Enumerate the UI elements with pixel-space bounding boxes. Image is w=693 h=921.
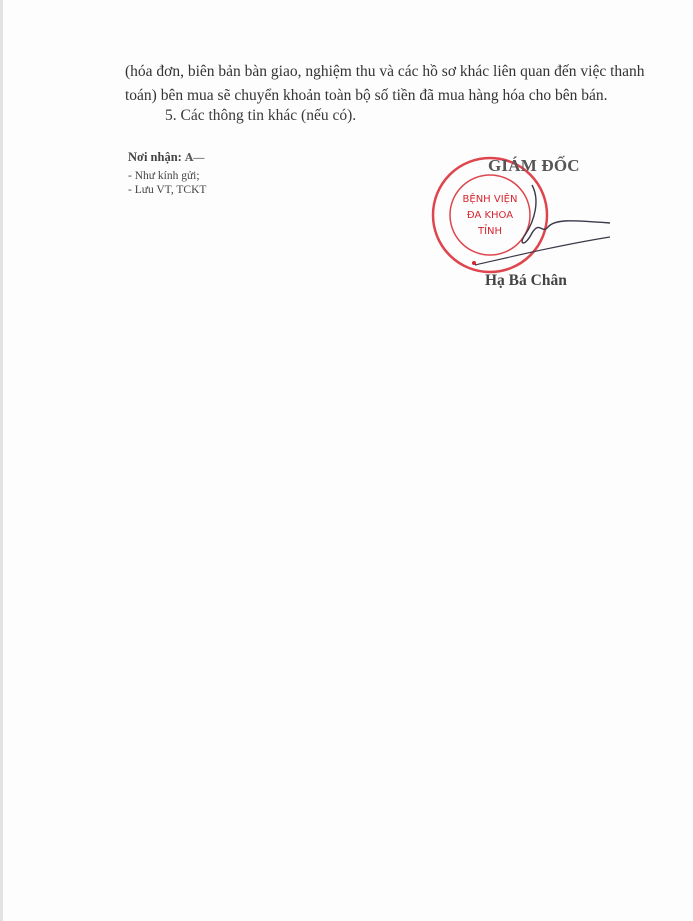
- position-title: GIÁM ĐỐC: [488, 156, 580, 176]
- page-edge: [0, 0, 3, 921]
- recipient-item: - Lưu VT, TCKT: [128, 183, 206, 197]
- signer-name: Hạ Bá Chân: [485, 272, 567, 290]
- recipients-title: Nơi nhận:𝐀―: [128, 150, 206, 165]
- section-5-heading: 5. Các thông tin khác (nếu có).: [165, 104, 356, 128]
- recipients-title-text: Nơi nhận:: [128, 150, 182, 164]
- recipient-item: - Như kính gửi;: [128, 169, 206, 183]
- initial-mark-icon: 𝐀―: [185, 151, 205, 164]
- recipients-block: Nơi nhận:𝐀― - Như kính gửi; - Lưu VT, TC…: [128, 150, 206, 197]
- handwritten-signature-icon: [470, 175, 620, 275]
- body-paragraph-line: (hóa đơn, biên bản bàn giao, nghiệm thu …: [125, 60, 645, 84]
